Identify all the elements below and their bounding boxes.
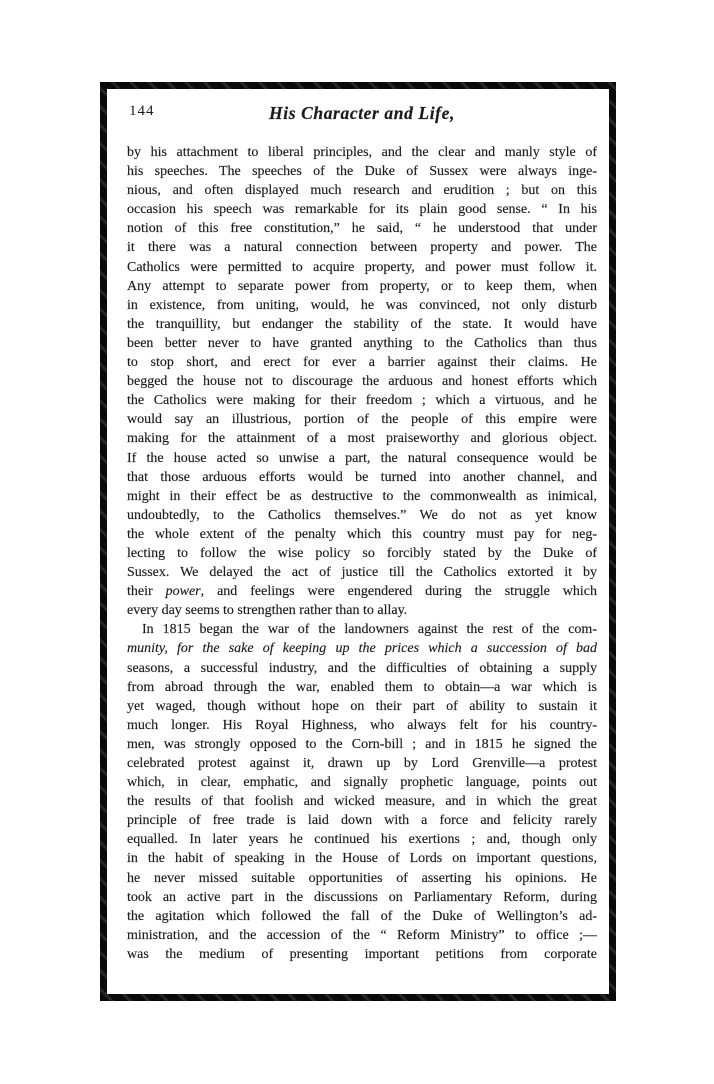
book-page-frame: 144 His Character and Life, by his attac…: [100, 82, 616, 1001]
text-line: been better never to have granted anythi…: [127, 334, 597, 353]
text-line: munity, for the sake of keeping up the p…: [127, 639, 597, 658]
text-line: principle of free trade is laid down wit…: [127, 811, 597, 830]
text-line: which, in clear, emphatic, and signally …: [127, 773, 597, 792]
text-line: every day seems to strengthen rather tha…: [127, 601, 597, 620]
running-header: His Character and Life,: [127, 103, 597, 124]
text-line: in existence, from uniting, would, he wa…: [127, 296, 597, 315]
text-line: by his attachment to liberal principles,…: [127, 143, 597, 162]
page-number: 144: [129, 103, 155, 120]
text-line: occasion his speech was remarkable for i…: [127, 200, 597, 219]
paragraph: by his attachment to liberal principles,…: [127, 143, 597, 620]
text-line: might in their effect be as destructive …: [127, 487, 597, 506]
text-line: took an active part in the discussions o…: [127, 888, 597, 907]
text-line: the tranquillity, but endanger the stabi…: [127, 315, 597, 334]
text-line: the whole extent of the penalty which th…: [127, 525, 597, 544]
text-line: men, was strongly opposed to the Corn-bi…: [127, 735, 597, 754]
text-line: the results of that foolish and wicked m…: [127, 792, 597, 811]
text-line: Sussex. We delayed the act of justice ti…: [127, 563, 597, 582]
text-line: celebrated protest against it, drawn up …: [127, 754, 597, 773]
text-line: begged the house not to discourage the a…: [127, 372, 597, 391]
text-line: Catholics were permitted to acquire prop…: [127, 258, 597, 277]
text-line: to stop short, and erect for ever a barr…: [127, 353, 597, 372]
text-line: lecting to follow the wise policy so for…: [127, 544, 597, 563]
text-line: nious, and often displayed much research…: [127, 181, 597, 200]
text-line: In 1815 began the war of the landowners …: [127, 620, 597, 639]
text-line: undoubtedly, to the Catholics themselves…: [127, 506, 597, 525]
text-line: making for the attainment of a most prai…: [127, 429, 597, 448]
text-line: was the medium of presenting important p…: [127, 945, 597, 964]
text-line: yet waged, though without hope on their …: [127, 697, 597, 716]
text-line: from abroad through the war, enabled the…: [127, 678, 597, 697]
text-line: the agitation which followed the fall of…: [127, 907, 597, 926]
text-line: much longer. His Royal Highness, who alw…: [127, 716, 597, 735]
text-line: seasons, a successful industry, and the …: [127, 659, 597, 678]
text-line: he never missed suitable opportunities o…: [127, 869, 597, 888]
paragraph: In 1815 began the war of the landowners …: [127, 620, 597, 964]
text-line: If the house acted so unwise a part, the…: [127, 449, 597, 468]
text-block: by his attachment to liberal principles,…: [127, 143, 597, 964]
page-content: 144 His Character and Life, by his attac…: [127, 103, 597, 964]
text-line: that those arduous efforts would be turn…: [127, 468, 597, 487]
text-line: equalled. In later years he continued hi…: [127, 830, 597, 849]
text-line: his speeches. The speeches of the Duke o…: [127, 162, 597, 181]
page-header: 144 His Character and Life,: [127, 103, 597, 123]
text-line: their power, and feelings were engendere…: [127, 582, 597, 601]
text-line: Any attempt to separate power from prope…: [127, 277, 597, 296]
text-line: in the habit of speaking in the House of…: [127, 849, 597, 868]
text-line: notion of this free constitution,” he sa…: [127, 219, 597, 238]
text-line: ministration, and the accession of the “…: [127, 926, 597, 945]
text-line: it there was a natural connection betwee…: [127, 238, 597, 257]
text-line: would say an illustrious, portion of the…: [127, 410, 597, 429]
text-line: the Catholics were making for their free…: [127, 391, 597, 410]
